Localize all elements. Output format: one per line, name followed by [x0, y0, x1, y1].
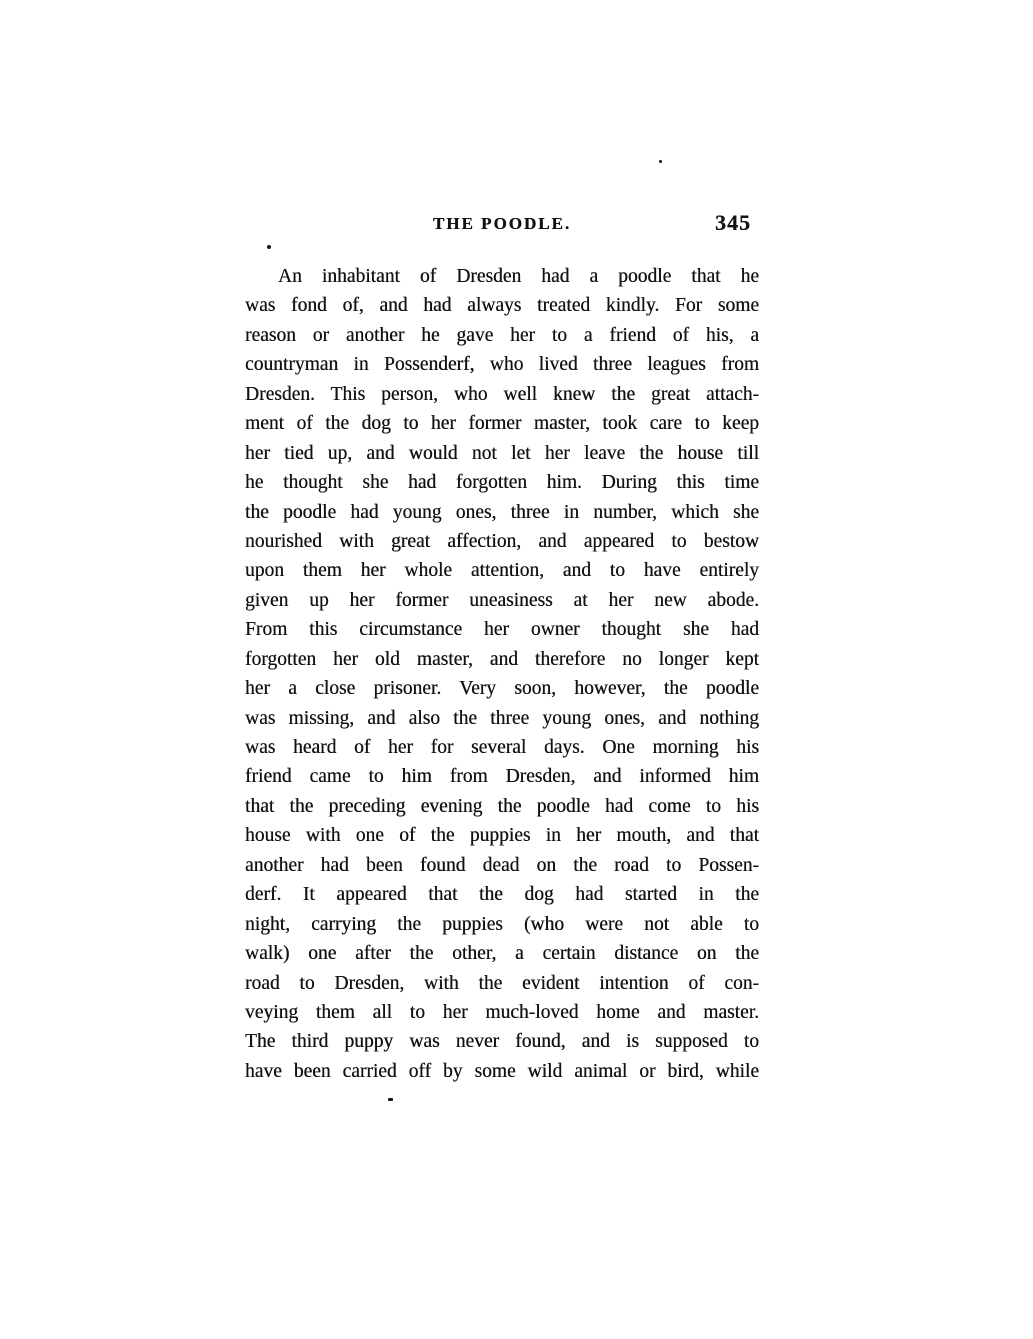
text-line: reason or another he gave her to a frien…	[245, 321, 759, 350]
running-header: THE POODLE. 345	[245, 210, 759, 238]
text-line: An inhabitant of Dresden had a poodle th…	[245, 262, 759, 291]
text-line: that the preceding evening the poodle ha…	[245, 792, 759, 821]
text-line: friend came to him from Dresden, and inf…	[245, 762, 759, 791]
text-line: her a close prisoner. Very soon, however…	[245, 674, 759, 703]
text-line: ment of the dog to her former master, to…	[245, 409, 759, 438]
text-line: derf. It appeared that the dog had start…	[245, 880, 759, 909]
text-line: given up her former uneasiness at her ne…	[245, 586, 759, 615]
text-line: was fond of, and had always treated kind…	[245, 291, 759, 320]
text-line: house with one of the puppies in her mou…	[245, 821, 759, 850]
chapter-title: THE POODLE.	[433, 214, 571, 234]
text-line: forgotten her old master, and therefore …	[245, 645, 759, 674]
text-line: From this circumstance her owner thought…	[245, 615, 759, 644]
text-line: was heard of her for several days. One m…	[245, 733, 759, 762]
page-number: 345	[715, 210, 751, 236]
text-line: veying them all to her much-loved home a…	[245, 998, 759, 1027]
text-line: have been carried off by some wild anima…	[245, 1057, 759, 1086]
text-line: night, carrying the puppies (who were no…	[245, 910, 759, 939]
ink-speck	[267, 245, 271, 249]
text-line: her tied up, and would not let her leave…	[245, 439, 759, 468]
text-line: countryman in Possenderf, who lived thre…	[245, 350, 759, 379]
text-line: road to Dresden, with the evident intent…	[245, 969, 759, 998]
text-line: Dresden. This person, who well knew the …	[245, 380, 759, 409]
text-line: walk) one after the other, a certain dis…	[245, 939, 759, 968]
paragraph: An inhabitant of Dresden had a poodle th…	[245, 262, 759, 1086]
ink-speck	[659, 160, 662, 163]
ink-speck	[388, 1098, 393, 1101]
text-line: The third puppy was never found, and is …	[245, 1027, 759, 1056]
text-line: nourished with great affection, and appe…	[245, 527, 759, 556]
text-line: upon them her whole attention, and to ha…	[245, 556, 759, 585]
text-line: another had been found dead on the road …	[245, 851, 759, 880]
text-line: the poodle had young ones, three in numb…	[245, 498, 759, 527]
text-line: he thought she had forgotten him. During…	[245, 468, 759, 497]
book-page: THE POODLE. 345 An inhabitant of Dresden…	[0, 0, 1033, 1339]
text-line: was missing, and also the three young on…	[245, 704, 759, 733]
